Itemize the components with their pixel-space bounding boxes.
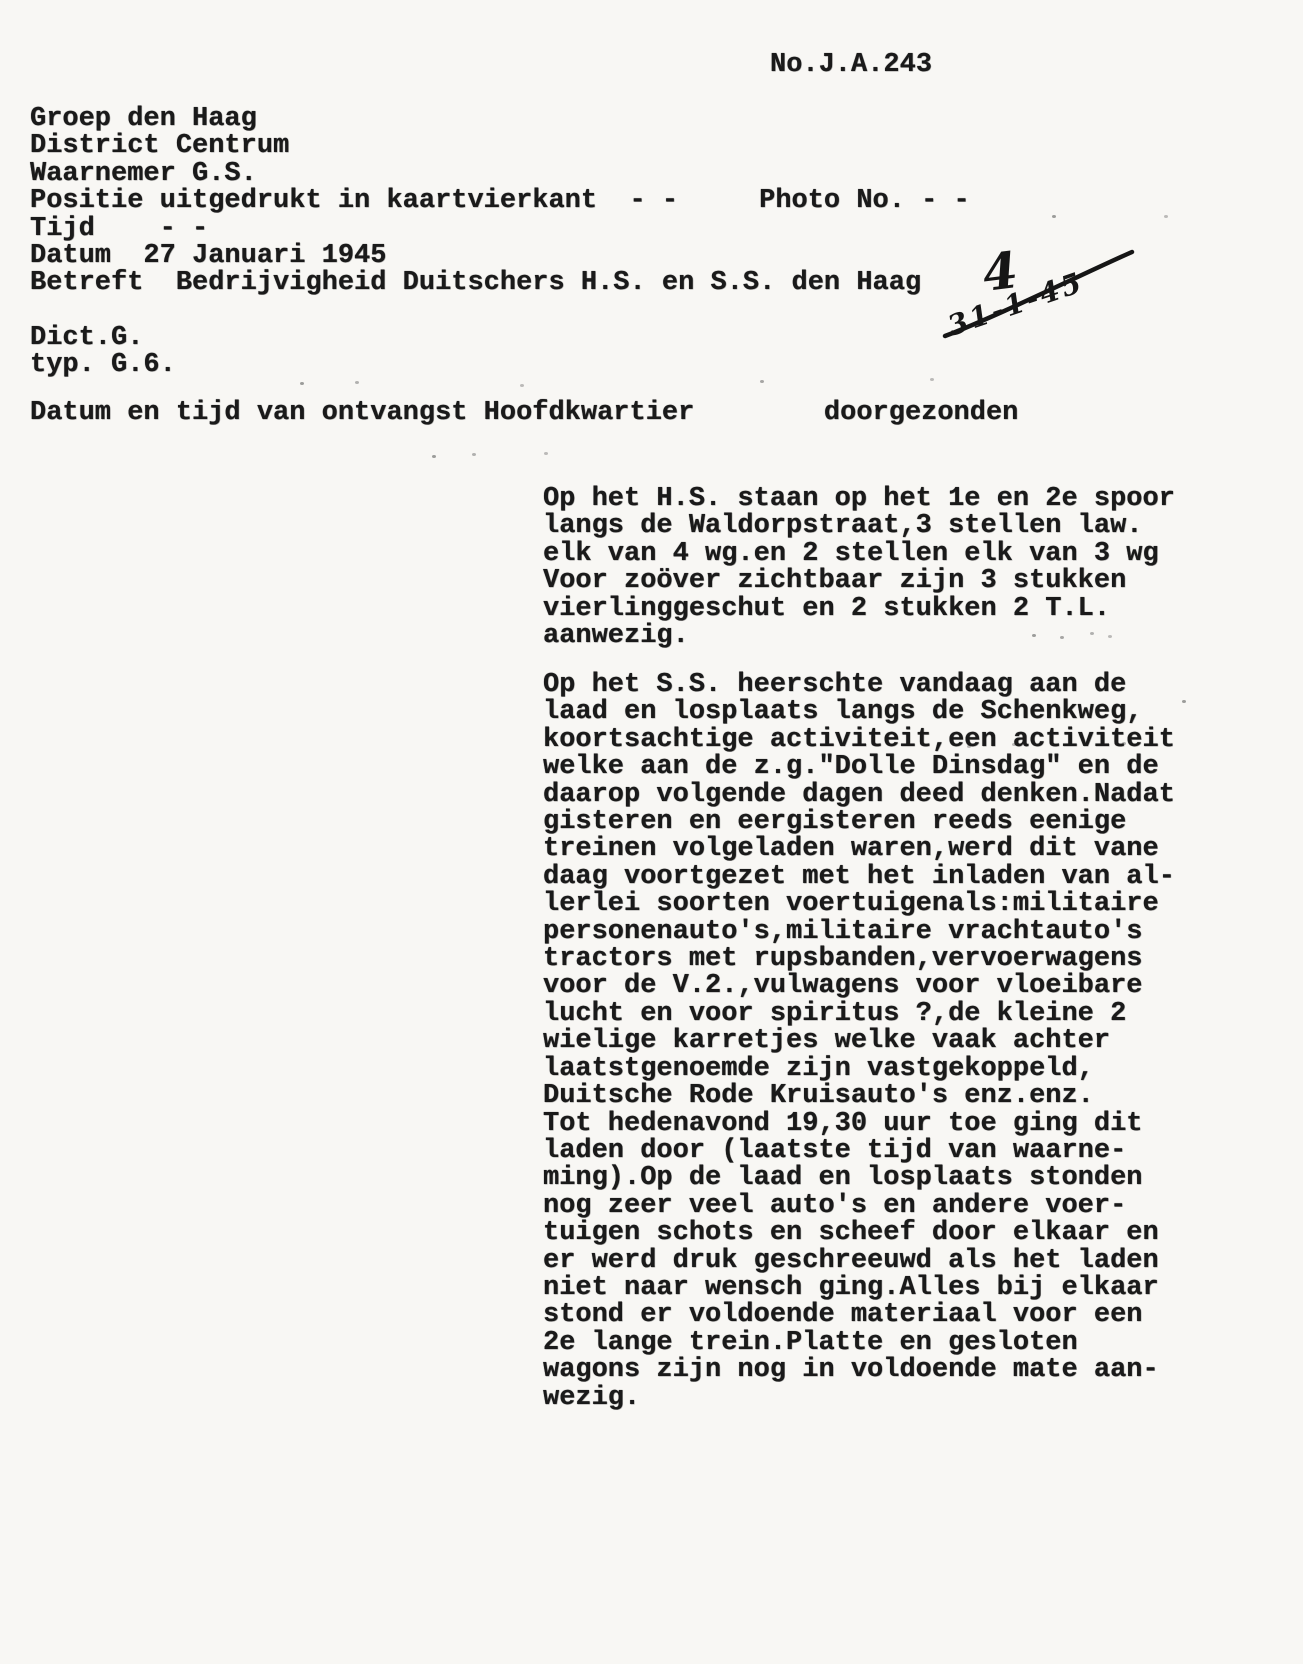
scan-noise xyxy=(1032,634,1036,637)
document-number: No.J.A.243 xyxy=(770,52,932,79)
header-block: Groep den Haag District Centrum Waarneme… xyxy=(30,106,970,298)
scanned-document-page: No.J.A.243 Groep den Haag District Centr… xyxy=(0,0,1303,1664)
body-paragraph-hs: Op het H.S. staan op het 1e en 2e spoor … xyxy=(543,486,1175,650)
scan-noise xyxy=(1052,215,1056,218)
scan-noise xyxy=(300,382,304,385)
body-paragraph-ss: Op het S.S. heerschte vandaag aan de laa… xyxy=(543,672,1175,1412)
handwritten-date-annotation: 4 31-1-45 xyxy=(930,233,1145,351)
scan-noise xyxy=(1182,700,1186,703)
receipt-forwarded-line: Datum en tijd van ontvangst Hoofdkwartie… xyxy=(30,400,1018,427)
dictation-typist-block: Dict.G. typ. G.6. xyxy=(30,325,176,380)
scan-noise xyxy=(432,455,436,458)
